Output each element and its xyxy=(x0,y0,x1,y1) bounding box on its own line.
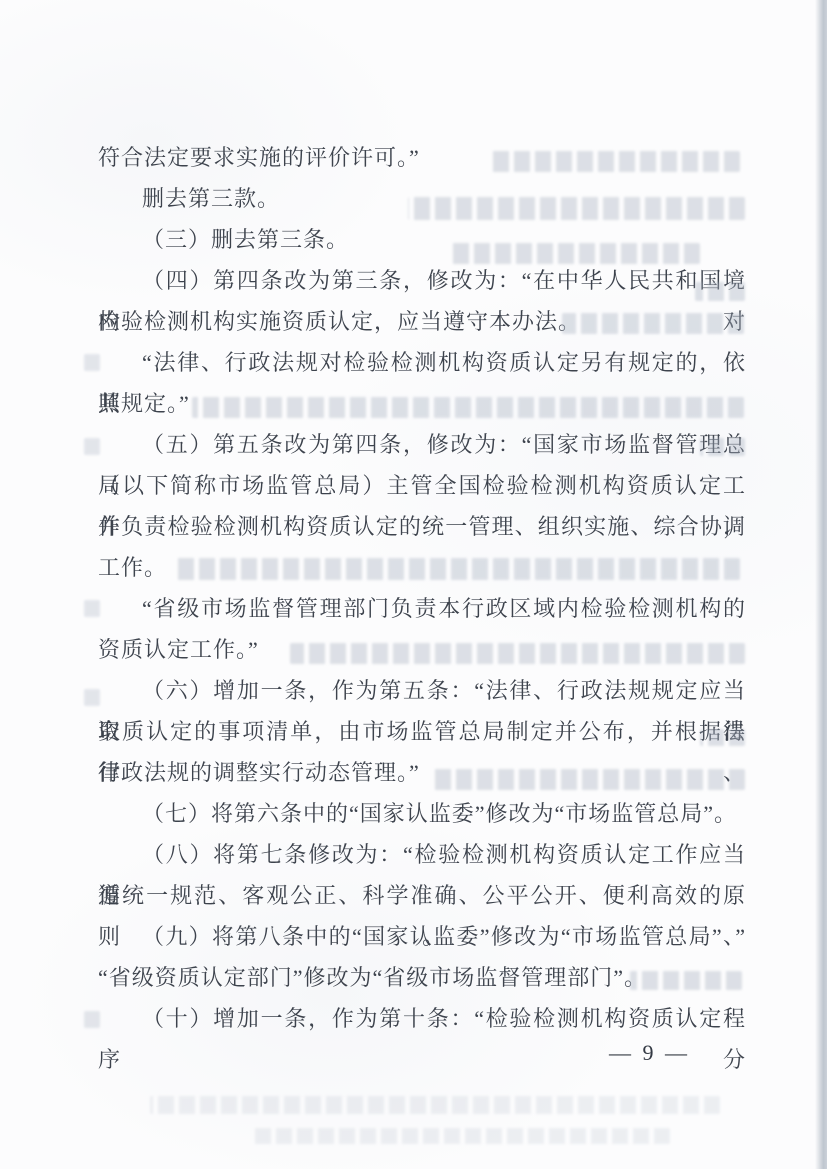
bleed-through-artifact xyxy=(562,313,744,334)
text-line: （五）第五条改为第四条，修改为：“国家市场监督管理总局 xyxy=(98,424,746,465)
text-line: （七）将第六条中的“国家认监委”修改为“市场监管总局”。 xyxy=(98,793,746,834)
bleed-through-artifact xyxy=(408,197,745,220)
bleed-through-artifact xyxy=(84,1011,100,1028)
bleed-through-artifact xyxy=(630,971,742,990)
bleed-through-artifact xyxy=(175,558,740,580)
bleed-through-artifact xyxy=(490,151,740,172)
bleed-through-artifact xyxy=(432,769,745,790)
bleed-through-artifact xyxy=(84,438,100,455)
text-line: 并负责检验检测机构资质认定的统一管理、组织实施、综合协调 xyxy=(98,506,746,547)
bleed-through-artifact xyxy=(250,1128,670,1144)
text-line: “省级市场监督管理部门负责本行政区域内检验检测机构的 xyxy=(98,588,746,629)
bleed-through-artifact xyxy=(84,600,100,617)
text-line: “法律、行政法规对检验检测机构资质认定另有规定的，依照 xyxy=(98,342,746,383)
text-line: （九）将第八条中的“国家认监委”修改为“市场监管总局”、 xyxy=(98,916,746,957)
scanned-document-page: 符合法定要求实施的评价许可。”删去第三款。（三）删去第三条。（四）第四条改为第三… xyxy=(0,0,827,1169)
bleed-through-artifact xyxy=(700,729,745,746)
text-line: （以下简称市场监管总局）主管全国检验检测机构资质认定工作， xyxy=(98,465,746,506)
text-line: （四）第四条改为第三条，修改为：“在中华人民共和国境内对 xyxy=(98,260,746,301)
text-line: 循统一规范、客观公正、科学准确、公平公开、便利高效的原则。” xyxy=(98,875,746,916)
bleed-through-artifact xyxy=(695,282,745,301)
bleed-through-artifact xyxy=(700,438,745,456)
text-line: （八）将第七条修改为：“检验检测机构资质认定工作应当遵 xyxy=(98,834,746,875)
text-line: 资质认定的事项清单，由市场监管总局制定并公布，并根据法律、 xyxy=(98,711,746,752)
bleed-through-artifact xyxy=(84,354,100,371)
page-number: — 9 — xyxy=(609,1040,690,1066)
scan-edge-shadow xyxy=(815,0,827,1169)
bleed-through-artifact xyxy=(150,1096,720,1114)
text-line: （六）增加一条，作为第五条：“法律、行政法规规定应当取得 xyxy=(98,670,746,711)
text-line: （十）增加一条，作为第十条：“检验检测机构资质认定程序分 xyxy=(98,998,746,1039)
bleed-through-artifact xyxy=(192,397,744,418)
bleed-through-artifact xyxy=(450,243,700,264)
bleed-through-artifact xyxy=(84,689,100,706)
document-text-block: 符合法定要求实施的评价许可。”删去第三款。（三）删去第三条。（四）第四条改为第三… xyxy=(98,137,746,1039)
bleed-through-artifact xyxy=(290,643,745,664)
